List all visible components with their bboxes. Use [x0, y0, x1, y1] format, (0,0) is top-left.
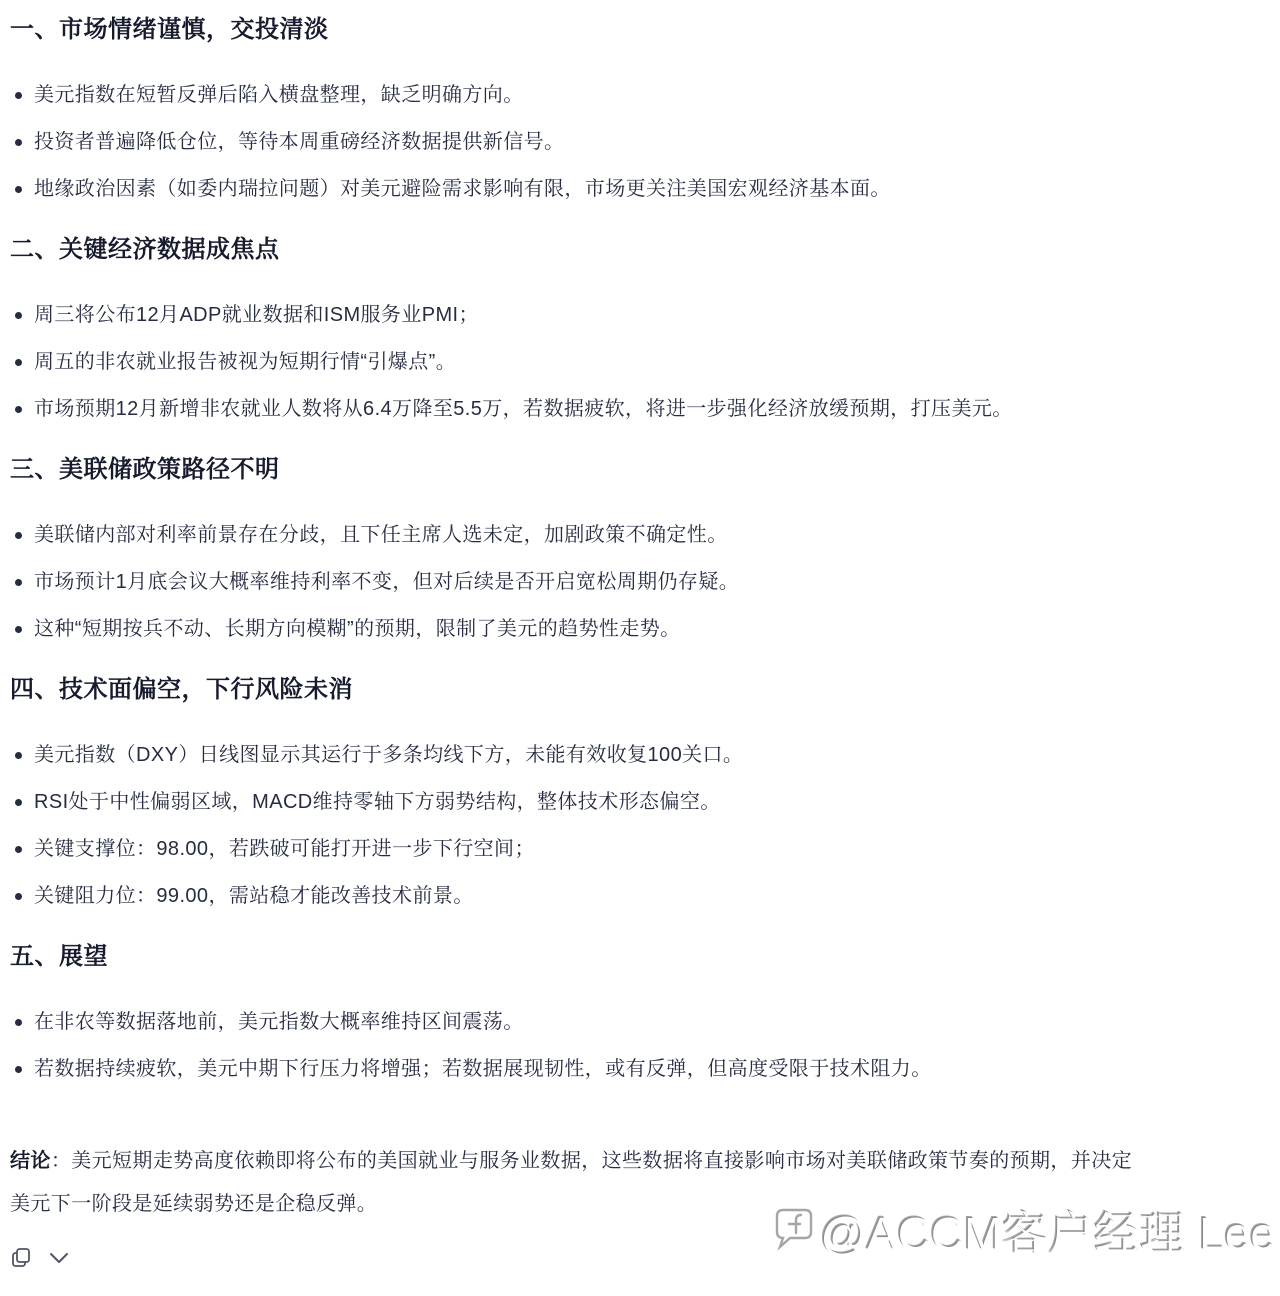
- conclusion-text-line2: 美元下一阶段是延续弱势还是企稳反弹。: [10, 1183, 1272, 1226]
- section-3: 三、美联储政策路径不明 美联储内部对利率前景存在分歧，且下任主席人选未定，加剧政…: [10, 454, 1274, 644]
- bullet-item: 市场预期12月新增非农就业人数将从6.4万降至5.5万，若数据疲软，将进一步强化…: [10, 394, 1274, 424]
- bullet-item: 在非农等数据落地前，美元指数大概率维持区间震荡。: [10, 1007, 1274, 1037]
- conclusion-separator: ：: [51, 1150, 71, 1172]
- section-2-bullets: 周三将公布12月ADP就业数据和ISM服务业PMI； 周五的非农就业报告被视为短…: [10, 300, 1274, 424]
- section-4-heading: 四、技术面偏空，下行风险未消: [10, 674, 1274, 706]
- section-1: 一、市场情绪谨慎，交投清淡 美元指数在短暂反弹后陷入横盘整理，缺乏明确方向。 投…: [10, 14, 1274, 204]
- section-2-heading: 二、关键经济数据成焦点: [10, 234, 1274, 266]
- conclusion-paragraph: 结论：美元短期走势高度依赖即将公布的美国就业与服务业数据，这些数据将直接影响市场…: [10, 1140, 1272, 1226]
- bullet-item: 这种“短期按兵不动、长期方向模糊”的预期，限制了美元的趋势性走势。: [10, 614, 1274, 644]
- bullet-item: 关键阻力位：99.00，需站稳才能改善技术前景。: [10, 881, 1274, 911]
- bullet-item: 周三将公布12月ADP就业数据和ISM服务业PMI；: [10, 300, 1274, 330]
- collapse-toggle[interactable]: [48, 1251, 70, 1265]
- analysis-document: 一、市场情绪谨慎，交投清淡 美元指数在短暂反弹后陷入横盘整理，缺乏明确方向。 投…: [0, 0, 1280, 1296]
- section-3-bullets: 美联储内部对利率前景存在分歧，且下任主席人选未定，加剧政策不确定性。 市场预计1…: [10, 520, 1274, 644]
- section-5-bullets: 在非农等数据落地前，美元指数大概率维持区间震荡。 若数据持续疲软，美元中期下行压…: [10, 1007, 1274, 1084]
- section-4: 四、技术面偏空，下行风险未消 美元指数（DXY）日线图显示其运行于多条均线下方，…: [10, 674, 1274, 911]
- bullet-item: 美元指数（DXY）日线图显示其运行于多条均线下方，未能有效收复100关口。: [10, 740, 1274, 770]
- message-actions: [10, 1246, 1274, 1270]
- bullet-item: 美元指数在短暂反弹后陷入横盘整理，缺乏明确方向。: [10, 80, 1274, 110]
- conclusion-text-line1: 美元短期走势高度依赖即将公布的美国就业与服务业数据，这些数据将直接影响市场对美联…: [71, 1150, 1132, 1172]
- bullet-item: 投资者普遍降低仓位，等待本周重磅经济数据提供新信号。: [10, 127, 1274, 157]
- section-5-heading: 五、展望: [10, 941, 1274, 973]
- bullet-item: 周五的非农就业报告被视为短期行情“引爆点”。: [10, 347, 1274, 377]
- bullet-item: 关键支撑位：98.00，若跌破可能打开进一步下行空间；: [10, 834, 1274, 864]
- chevron-down-icon: [48, 1251, 70, 1265]
- section-2: 二、关键经济数据成焦点 周三将公布12月ADP就业数据和ISM服务业PMI； 周…: [10, 234, 1274, 424]
- bullet-item: RSI处于中性偏弱区域，MACD维持零轴下方弱势结构，整体技术形态偏空。: [10, 787, 1274, 817]
- section-5: 五、展望 在非农等数据落地前，美元指数大概率维持区间震荡。 若数据持续疲软，美元…: [10, 941, 1274, 1084]
- section-1-bullets: 美元指数在短暂反弹后陷入横盘整理，缺乏明确方向。 投资者普遍降低仓位，等待本周重…: [10, 80, 1274, 204]
- section-4-bullets: 美元指数（DXY）日线图显示其运行于多条均线下方，未能有效收复100关口。 RS…: [10, 740, 1274, 911]
- bullet-item: 地缘政治因素（如委内瑞拉问题）对美元避险需求影响有限，市场更关注美国宏观经济基本…: [10, 174, 1274, 204]
- conclusion-label: 结论: [10, 1150, 51, 1172]
- bullet-item: 若数据持续疲软，美元中期下行压力将增强；若数据展现韧性，或有反弹，但高度受限于技…: [10, 1054, 1274, 1084]
- bullet-item: 市场预计1月底会议大概率维持利率不变，但对后续是否开启宽松周期仍存疑。: [10, 567, 1274, 597]
- section-3-heading: 三、美联储政策路径不明: [10, 454, 1274, 486]
- copy-icon: [10, 1246, 32, 1270]
- bullet-item: 美联储内部对利率前景存在分歧，且下任主席人选未定，加剧政策不确定性。: [10, 520, 1274, 550]
- copy-button[interactable]: [10, 1246, 32, 1270]
- section-1-heading: 一、市场情绪谨慎，交投清淡: [10, 14, 1274, 46]
